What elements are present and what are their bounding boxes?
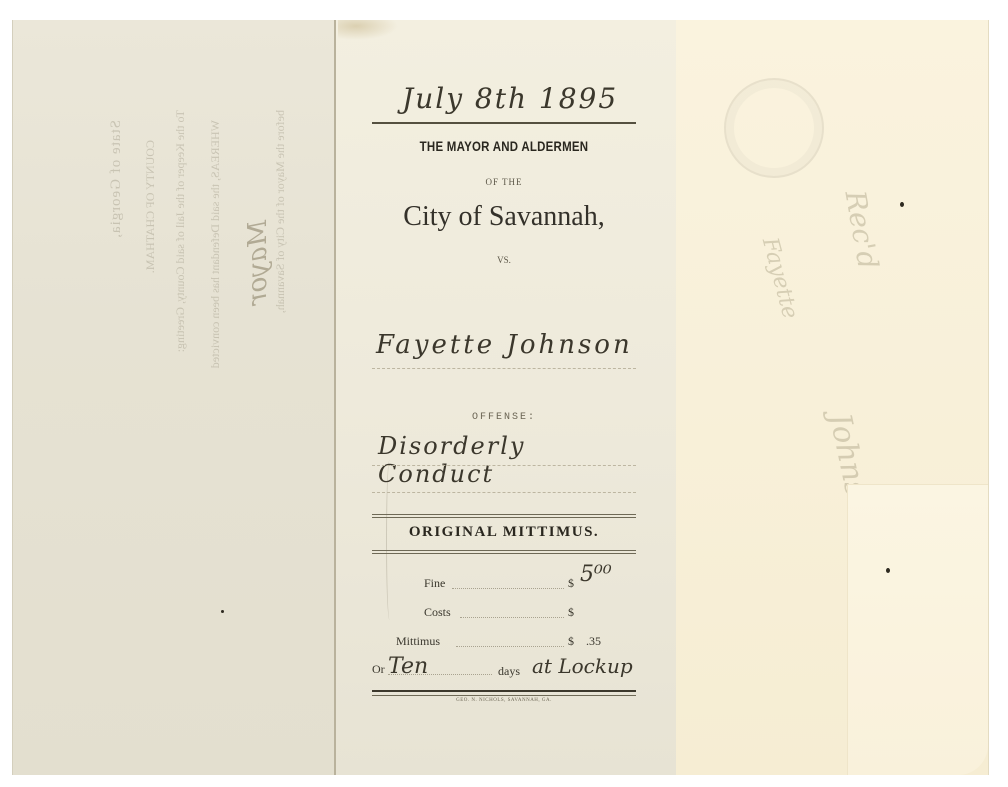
right-fold-panel: Rec'd Fayette Johnson [676,20,989,775]
date-handwritten: July 8th 1895 [402,82,618,115]
heading-of-the: OF THE [372,177,636,187]
defendant-rule [372,368,636,369]
bleed-through-line: To the Keeper of the Jail of said County… [173,110,188,352]
leader-dots [456,646,564,647]
printer-imprint: GEO. N. NICHOLS, SAVANNAH, GA. [372,698,636,703]
left-fold-panel: State of Georgia, COUNTY OF CHATHAM. To … [12,20,335,775]
days-label: days [498,664,520,679]
defendant-name: Fayette Johnson [376,330,633,360]
bleed-through-signature: Mayor [243,220,273,305]
date-rule [372,122,636,124]
bleed-through-line: WHEREAS, the said Defendant has been con… [208,120,223,368]
or-label: Or [372,662,385,677]
bleed-through-county: COUNTY OF CHATHAM. [143,140,158,273]
embossed-seal [724,78,824,178]
fine-amount: 5⁰⁰ [580,562,612,587]
mittimus-row: Mittimus $ .35 [372,634,636,652]
offense-rule-1 [372,465,636,466]
days-count-handwritten: Ten [388,654,428,679]
ink-speck [900,202,904,207]
bleed-through-line: before the Mayor of the City of Savannah… [273,110,288,313]
currency-symbol: $ [568,605,574,620]
offense-handwritten: Disorderly Conduct [378,432,636,488]
center-form-panel: July 8th 1895 THE MAYOR AND ALDERMEN OF … [334,20,678,775]
mittimus-label: Mittimus [396,634,440,649]
section-title: ORIGINAL MITTIMUS. [372,524,636,541]
leader-dots [460,617,564,618]
fine-label: Fine [424,576,445,591]
or-days-row: Or Ten days at Lockup [372,662,636,680]
heading-city: City of Savannah, [368,201,640,233]
bleed-through-state: State of Georgia, [108,120,125,239]
footer-rule [372,690,636,696]
leader-dots [452,588,564,589]
ink-speck [886,568,890,573]
folded-corner-flap [847,484,988,775]
offense-label: OFFENSE: [372,412,636,423]
bleed-through-note: Fayette [757,235,803,322]
currency-symbol: $ [568,576,574,591]
bleed-through-note: Rec'd [839,188,885,271]
location-handwritten: at Lockup [532,654,633,678]
section-rule-top [372,514,636,518]
costs-row: Costs $ [372,605,636,623]
costs-label: Costs [424,605,451,620]
mittimus-document: State of Georgia, COUNTY OF CHATHAM. To … [12,20,990,775]
section-rule-bottom [372,550,636,554]
fine-row: Fine $ 5⁰⁰ [372,576,636,594]
water-stain [338,20,398,40]
versus-label: VS. [372,255,636,265]
paper-speck [221,610,224,613]
mittimus-amount: .35 [586,634,601,649]
offense-rule-2 [372,492,636,493]
leader-dots [388,674,492,675]
heading-mayor-aldermen: THE MAYOR AND ALDERMEN [396,138,612,154]
currency-symbol: $ [568,634,574,649]
